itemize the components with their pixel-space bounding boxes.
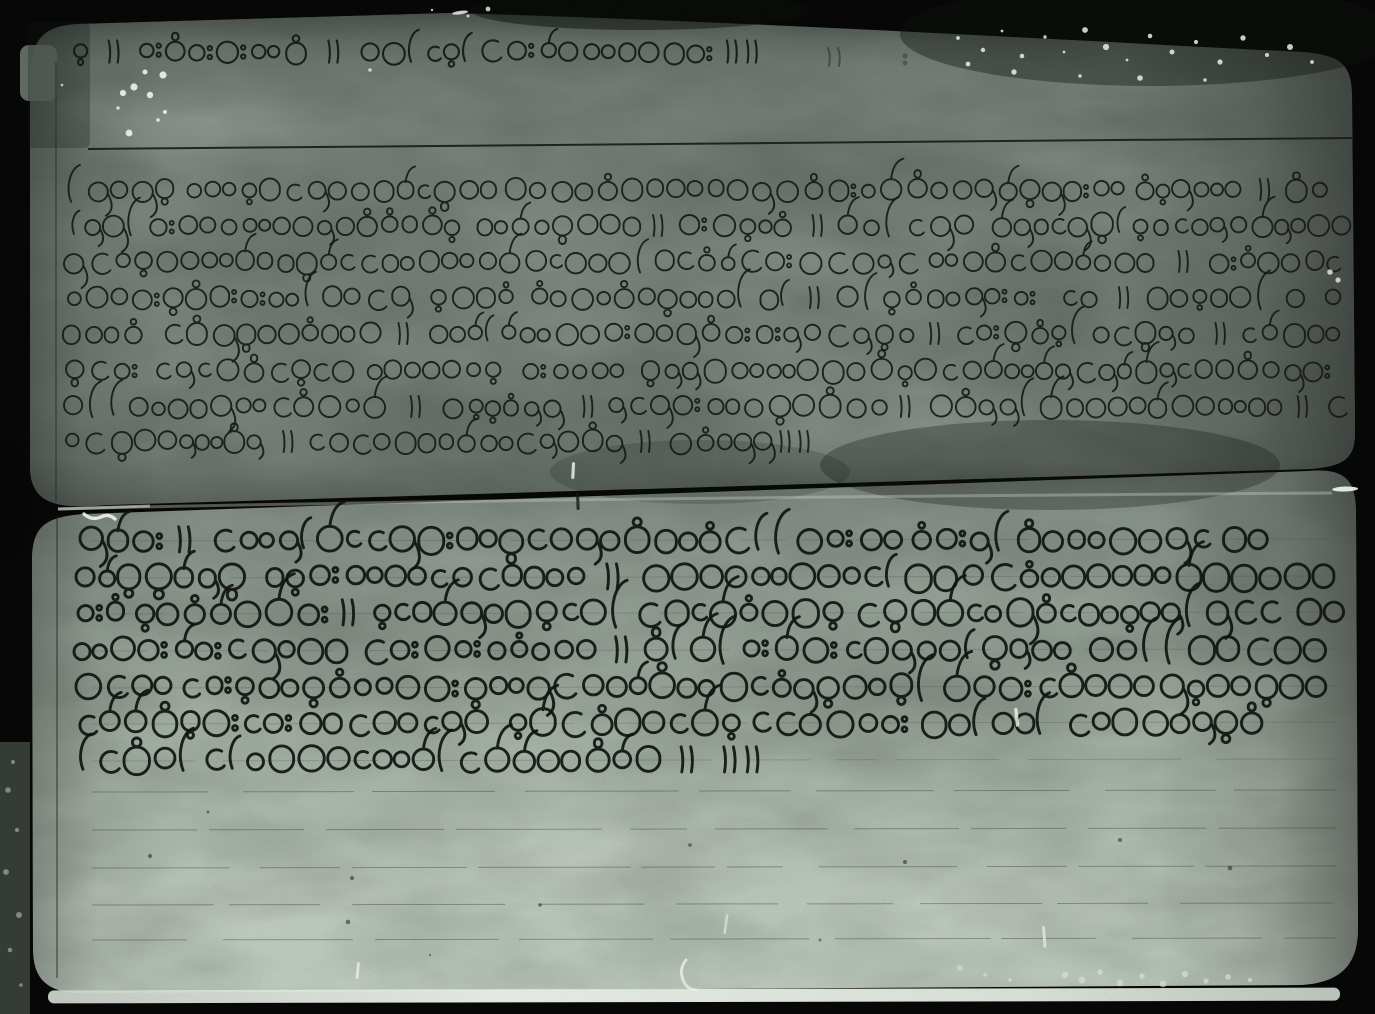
manuscript-canvas <box>0 0 1375 1014</box>
manuscript-photo <box>0 0 1375 1014</box>
film-grain-light <box>0 0 1375 1014</box>
